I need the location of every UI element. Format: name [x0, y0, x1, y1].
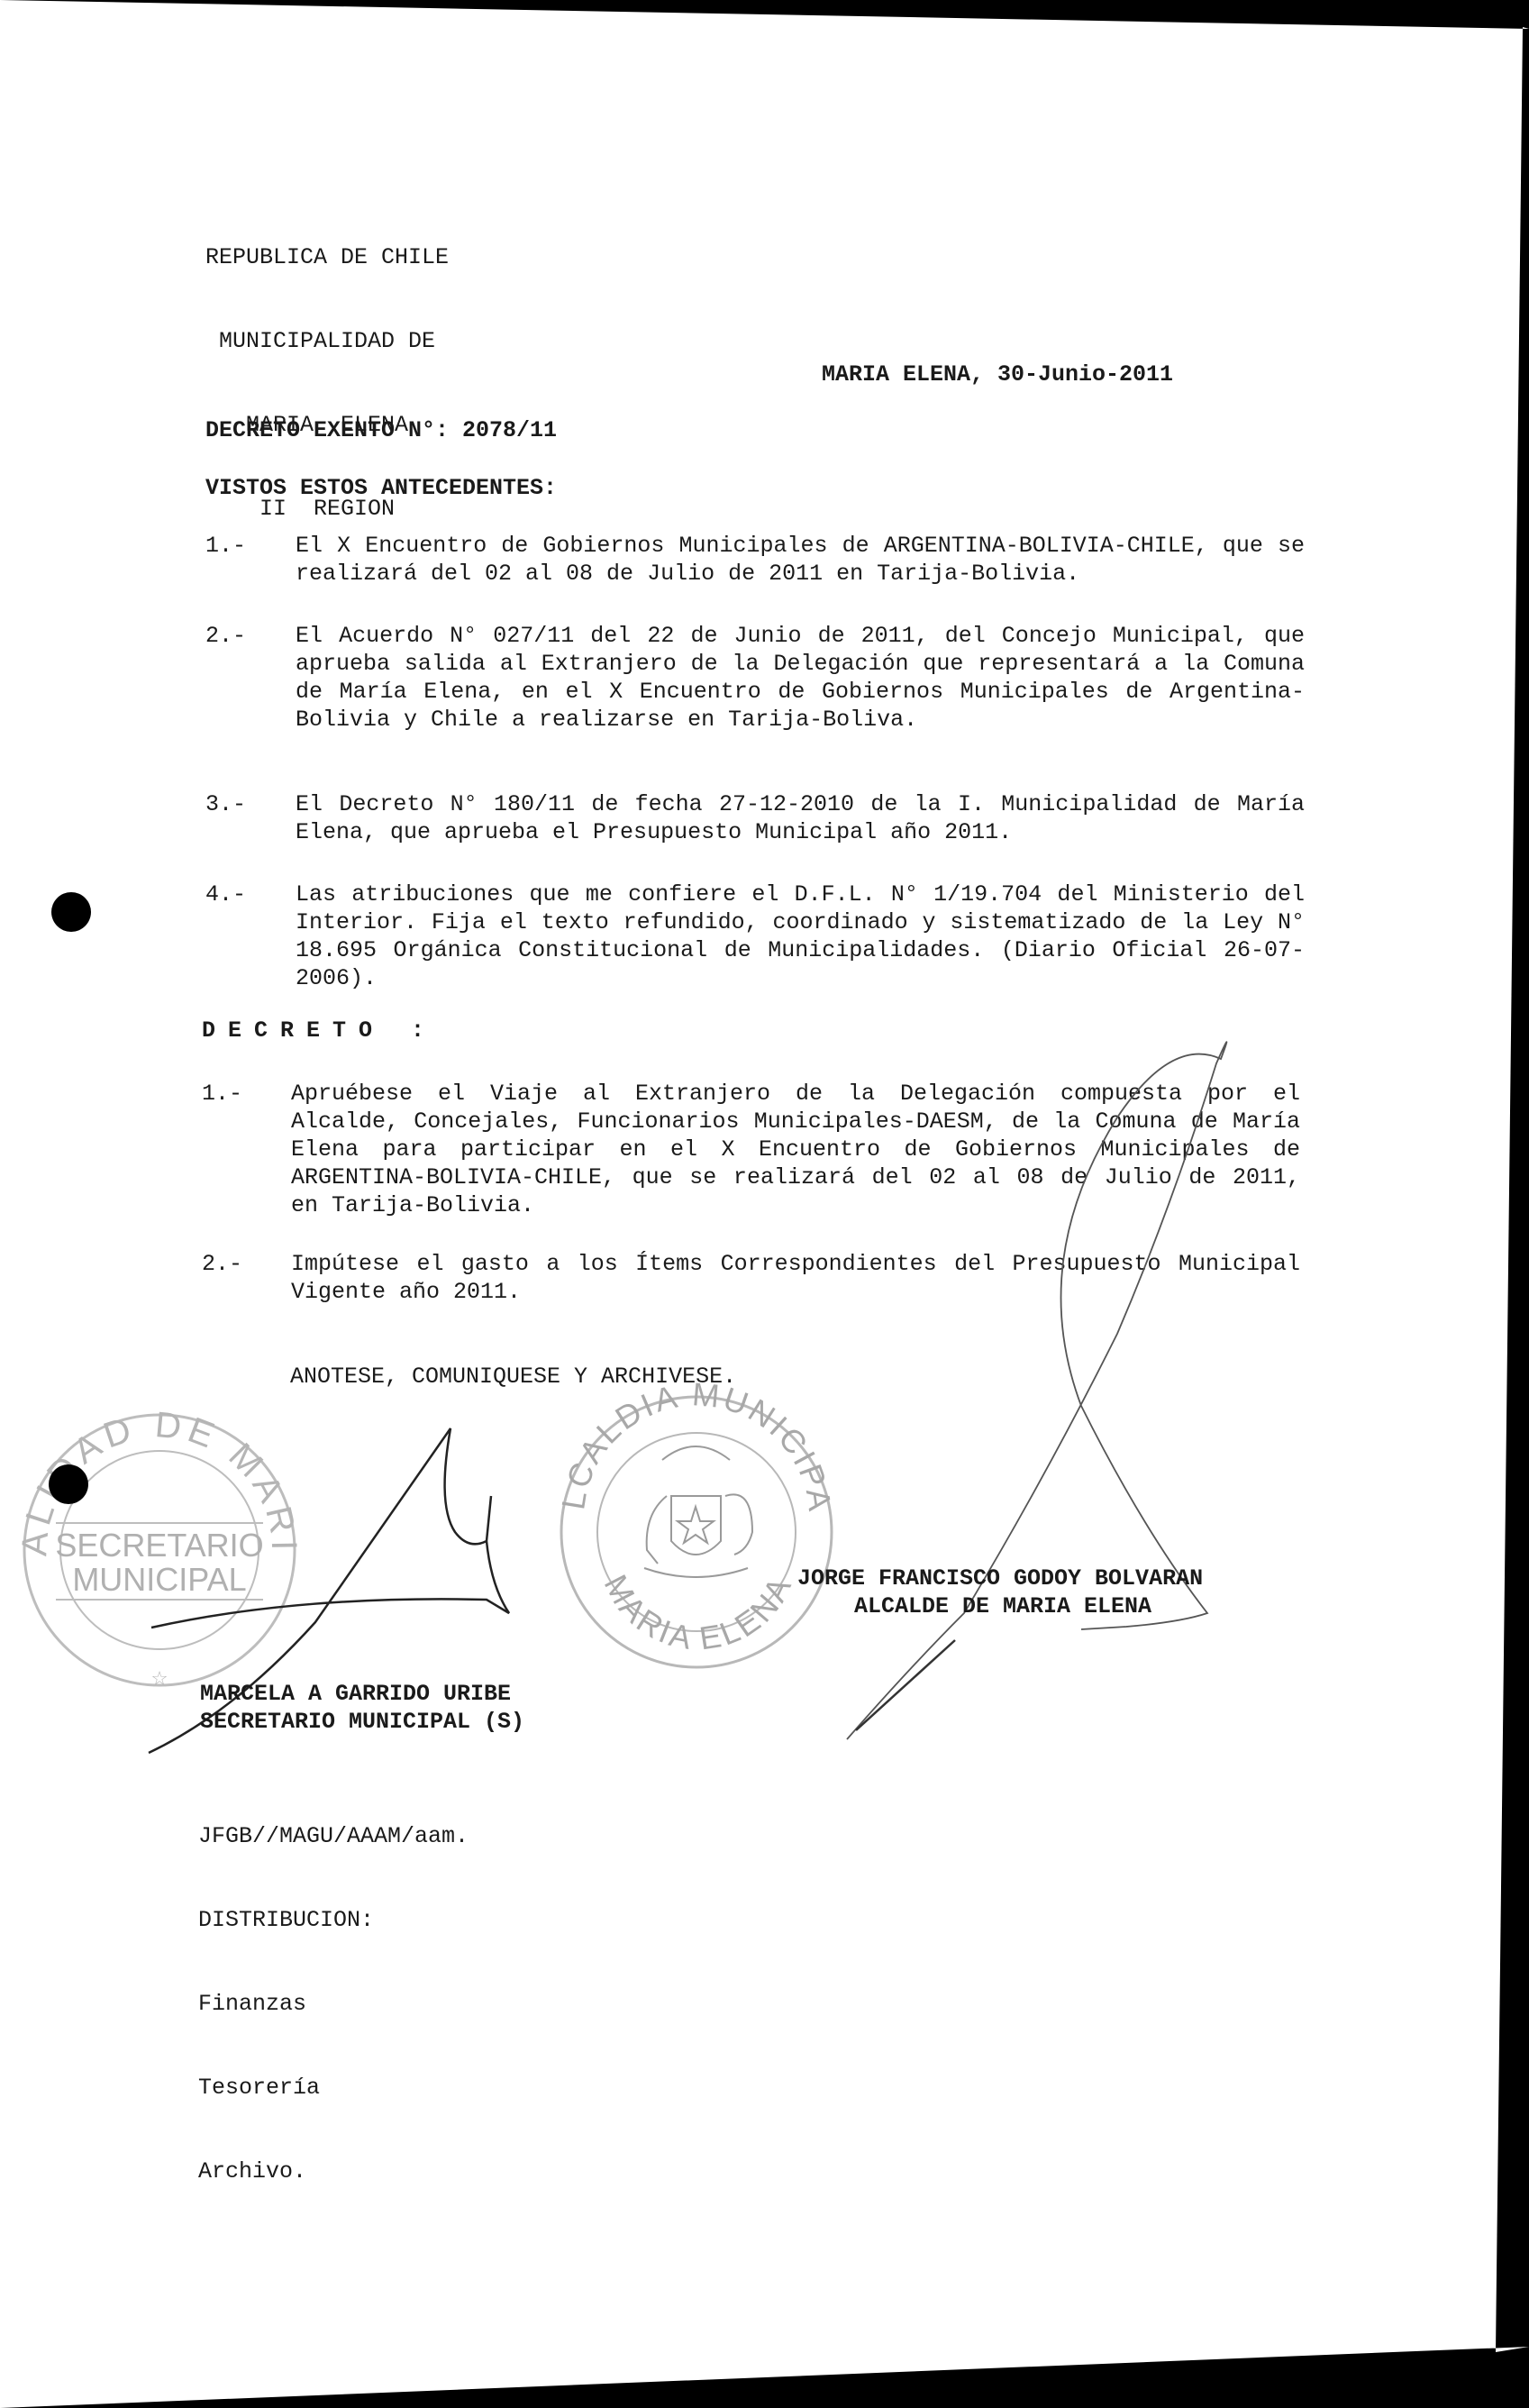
- secretario-stamp-line1: SECRETARIO: [55, 1527, 263, 1564]
- distribution-item: Tesorería: [198, 2074, 469, 2102]
- punch-hole-icon: [49, 1464, 88, 1504]
- alcaldia-stamp-ring-top: ALCALDIA MUNICIPAL: [0, 0, 839, 1516]
- secretary-title: SECRETARIO MUNICIPAL (S): [200, 1708, 524, 1736]
- distribution-block: JFGB//MAGU/AAAM/aam. DISTRIBUCION: Finan…: [198, 1766, 469, 2241]
- mayor-name: JORGE FRANCISCO GODOY BOLVARAN: [797, 1564, 1203, 1592]
- star-icon: ☆: [151, 1664, 168, 1694]
- svg-text:MUNICIPALIDAD DE MARIA ELENA: MUNICIPALIDAD DE MARIA ELENA: [0, 0, 304, 1557]
- mayor-signature: [847, 1042, 1226, 1739]
- mayor-signature-stroke: [856, 1640, 955, 1730]
- secretario-stamp-line2: MUNICIPAL: [72, 1561, 246, 1598]
- alcaldia-stamp-ring-bottom: MARIA ELENA: [597, 1569, 799, 1657]
- secretario-stamp-ring: MUNICIPALIDAD DE MARIA ELENA: [0, 0, 304, 1557]
- distribution-item: Archivo.: [198, 2157, 469, 2185]
- punch-hole-icon: [51, 892, 91, 932]
- secretario-stamp: MUNICIPALIDAD DE MARIA ELENA SECRETARIO …: [0, 0, 304, 1694]
- reference-initials: JFGB//MAGU/AAAM/aam.: [198, 1822, 469, 1850]
- svg-text:ALCALDIA MUNICIPAL: ALCALDIA MUNICIPAL: [0, 0, 839, 1516]
- document-page: REPUBLICA DE CHILE MUNICIPALIDAD DE MARI…: [0, 0, 1529, 2408]
- coat-of-arms-icon: [644, 1446, 752, 1577]
- distribution-heading: DISTRIBUCION:: [198, 1906, 469, 1934]
- distribution-item: Finanzas: [198, 1990, 469, 2018]
- mayor-title: ALCALDE DE MARIA ELENA: [854, 1592, 1151, 1620]
- secretary-name: MARCELA A GARRIDO URIBE: [200, 1680, 511, 1708]
- svg-text:MARIA ELENA: MARIA ELENA: [597, 1569, 799, 1657]
